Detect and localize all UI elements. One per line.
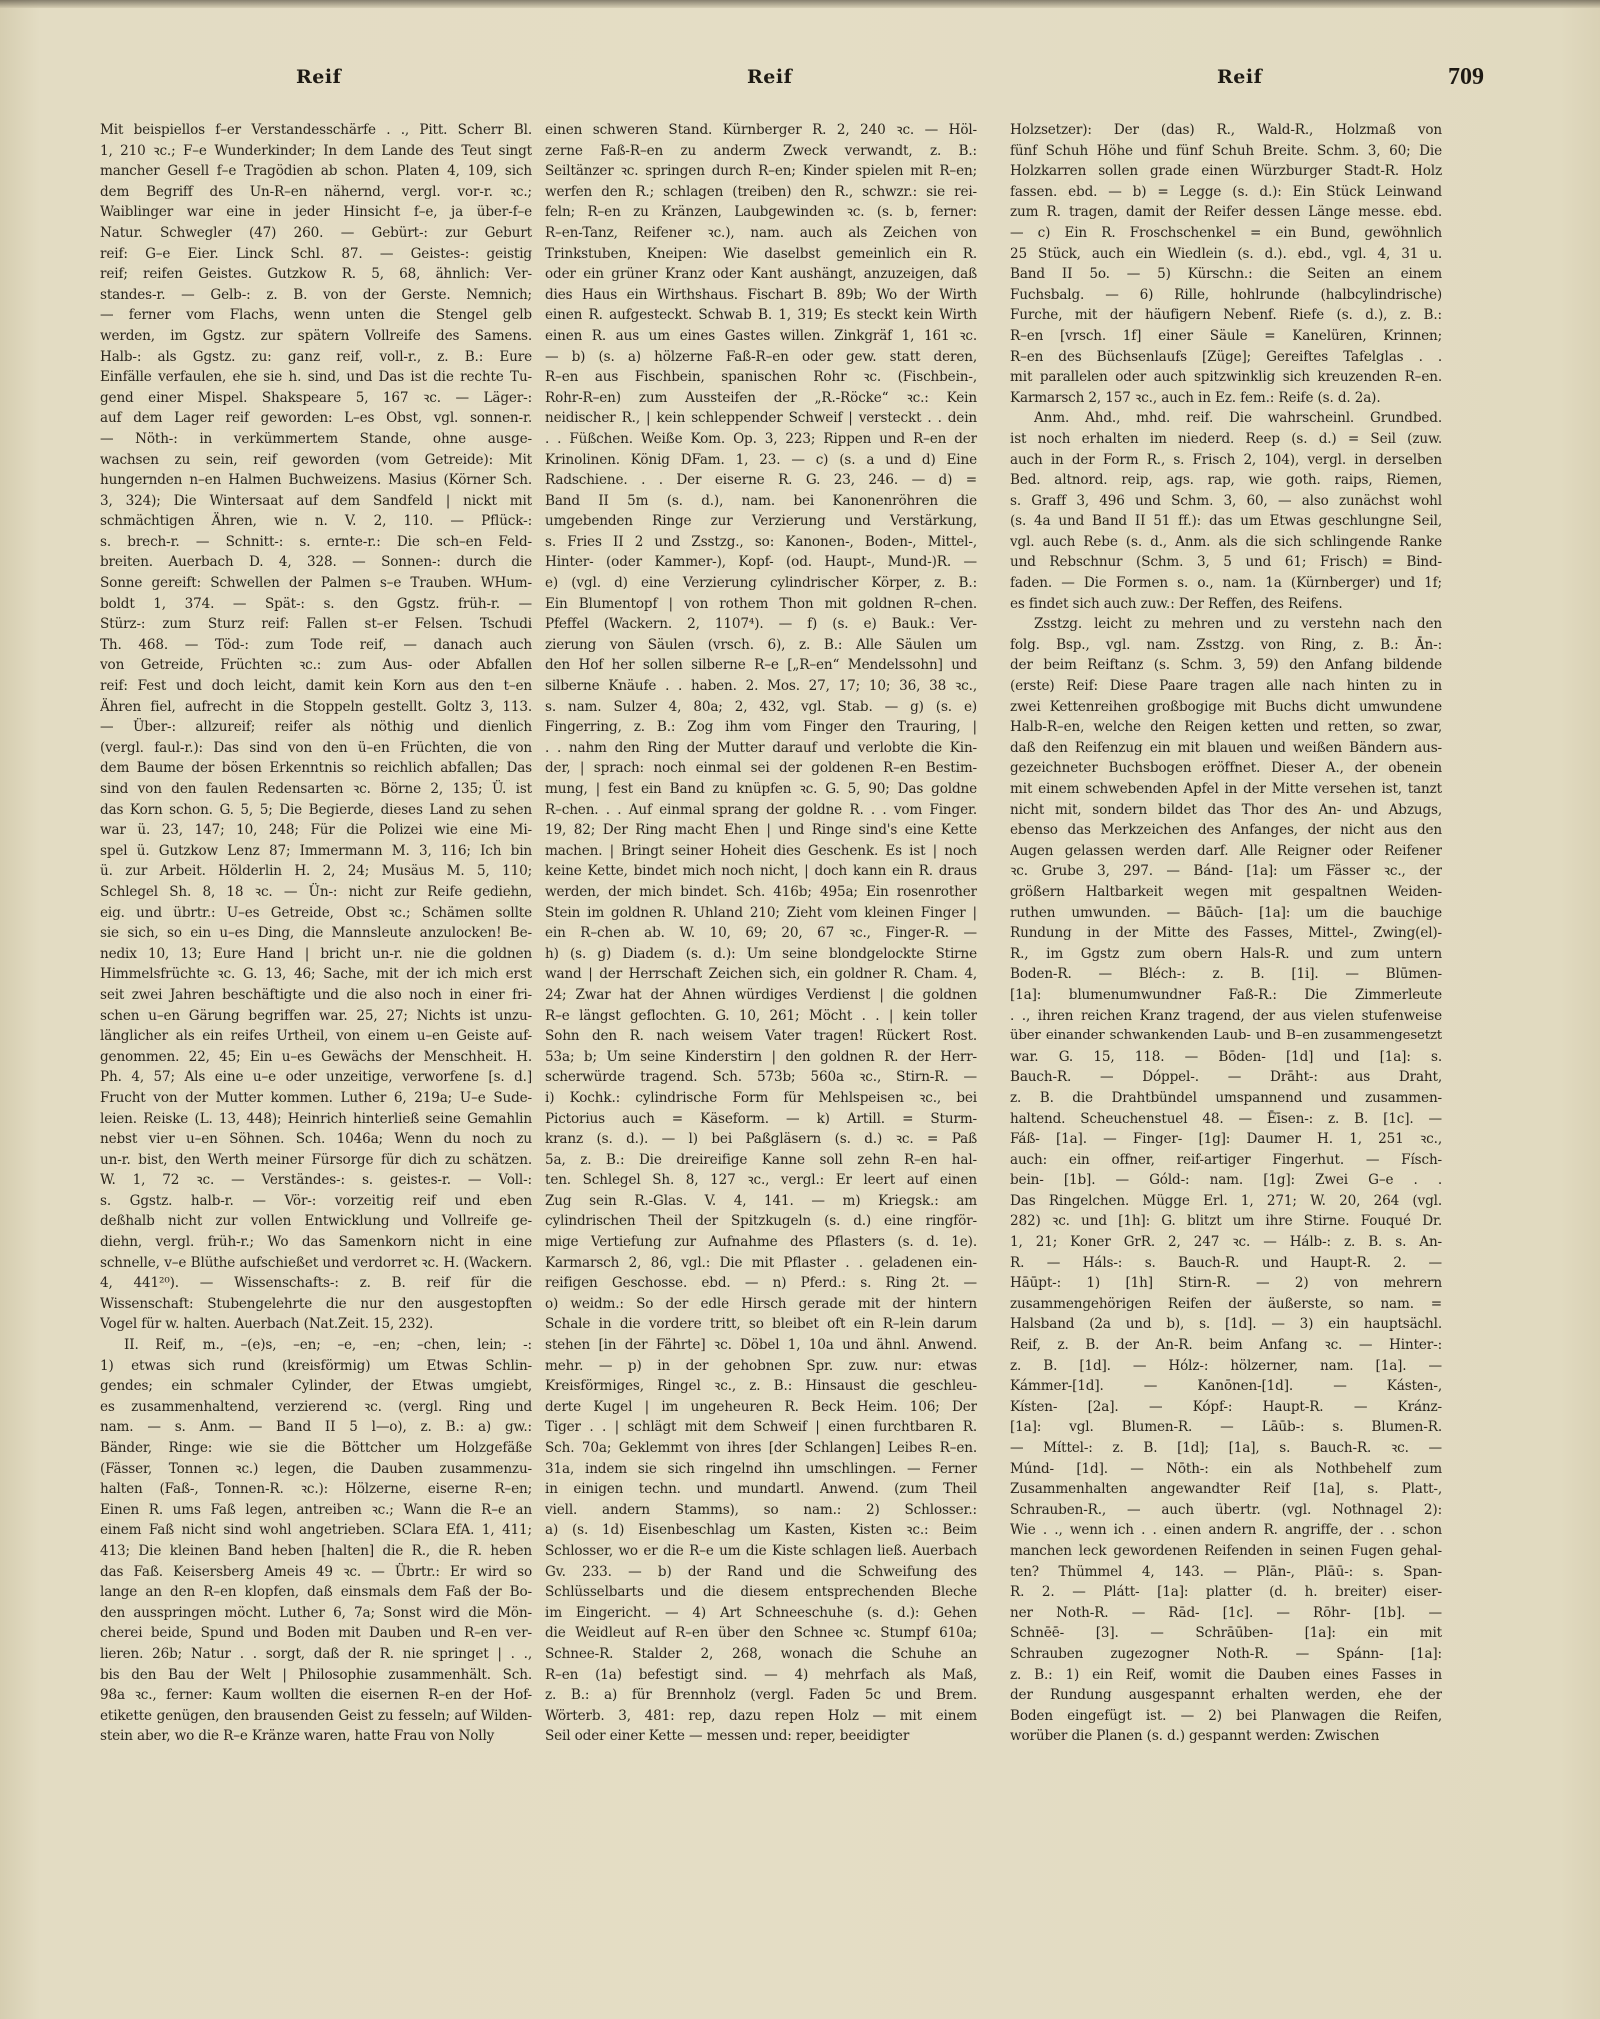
text-line: wachsen zu sein, reif geworden (vom Getr… — [100, 450, 532, 471]
text-line: 1, 210 ꝛc.; F–e Wunderkinder; In dem Lan… — [100, 141, 532, 162]
text-line: scherwürde tragend. Sch. 573b; 560a ꝛc.,… — [545, 1067, 977, 1088]
text-line: boldt 1, 374. — Spät-: s. den Ggstz. frü… — [100, 594, 532, 615]
text-line: Schrauben zugezogner Noth-R. — Spánn- [1… — [1010, 1644, 1442, 1665]
text-line: Wissenschaft: Stubengelehrte die nur den… — [100, 1294, 532, 1315]
text-line: — Über-: allzureif; reifer als nöthig un… — [100, 717, 532, 738]
text-line: Tiger . . | schlägt mit dem Schweif | ei… — [545, 1417, 977, 1438]
text-line: leien. Reiske (L. 13, 448); Heinrich hin… — [100, 1109, 532, 1130]
text-line: z. B.: a) für Brennholz (vergl. Faden 5c… — [545, 1685, 977, 1706]
text-line: standes-r. — Gelb-: z. B. von der Gerste… — [100, 285, 532, 306]
text-line: R., im Ggstz zum obern Hals-R. und zum u… — [1010, 944, 1442, 965]
text-line: Bed. altnord. reip, ags. rap, wie goth. … — [1010, 470, 1442, 491]
text-line: ten. Schlegel Sh. 8, 127 ꝛc., vergl.: Er… — [545, 1170, 977, 1191]
text-line: Vogel für w. halten. Auerbach (Nat.Zeit.… — [100, 1314, 532, 1335]
text-line: Seil oder einer Kette — messen und: repe… — [545, 1726, 977, 1747]
text-line: Zusammenhalten angewandter Reif [1a], s.… — [1010, 1479, 1442, 1500]
text-line: war. G. 15, 118. — Bōden- [1d] und [1a]:… — [1010, 1047, 1442, 1068]
text-line: bein- [1b]. — Góld-: nam. [1g]: Zwei G–e… — [1010, 1170, 1442, 1191]
text-line: z. B. die Drahtbündel umspannend und zus… — [1010, 1088, 1442, 1109]
text-line: schen u–en Gärung begriffen war. 25, 27;… — [100, 1006, 532, 1027]
text-line: vgl. auch Rebe (s. d., Anm. als die sich… — [1010, 532, 1442, 553]
text-line: Gv. 233. — b) der Rand und die Schweifun… — [545, 1562, 977, 1583]
text-line: mung, | fest ein Band zu knüpfen ꝛc. G. … — [545, 779, 977, 800]
text-line: nebst vier u–en Söhnen. Sch. 1046a; Wenn… — [100, 1129, 532, 1150]
text-line: dem Baume der bösen Erkenntnis so reichl… — [100, 758, 532, 779]
text-line: Ph. 4, 57; Als eine u–e oder unzeitige, … — [100, 1067, 532, 1088]
text-line: länglicher als ein reifes Urtheil, von e… — [100, 1026, 532, 1047]
text-line: 53a; b; Um seine Kinderstirn | den goldn… — [545, 1047, 977, 1068]
text-line: es zusammenhaltend, verzierend ꝛc. (verg… — [100, 1397, 532, 1418]
text-line: sie sich, so ein u–es Ding, die Mannsleu… — [100, 923, 532, 944]
text-line: Schlosser, wo er die R–e um die Kiste sc… — [545, 1541, 977, 1562]
text-line: Bänder, Ringe: wie sie die Böttcher um H… — [100, 1438, 532, 1459]
text-line: mehr. — p) in der gehobnen Spr. zuw. nur… — [545, 1356, 977, 1377]
text-line: Halsband (2a und b), s. [1d]. — 3) ein h… — [1010, 1314, 1442, 1335]
text-line: Fingerring, z. B.: Zog ihm vom Finger de… — [545, 717, 977, 738]
text-line: gezeichneter Buchsbogen eröffnet. Dieser… — [1010, 758, 1442, 779]
text-line: Pictorius auch = Käseform. — k) Artill. … — [545, 1109, 977, 1130]
text-line: folg. Bsp., vgl. nam. Zsstzg. von Ring, … — [1010, 635, 1442, 656]
text-line: keine Kette, bindet mich noch nicht, | d… — [545, 861, 977, 882]
text-line: Augen gelassen werden darf. Alle Reigner… — [1010, 841, 1442, 862]
text-line: — Nöth-: in verkümmertem Stande, ohne au… — [100, 429, 532, 450]
text-line: Sohn den R. nach weisem Vater tragen! Rü… — [545, 1026, 977, 1047]
text-line: diehn, vergl. früh-r.; Wo das Samenkorn … — [100, 1232, 532, 1253]
text-line: Holzkarren sollen grade einen Würzburger… — [1010, 161, 1442, 182]
text-line: Schlegel Sh. 8, 18 ꝛc. — Ün-: nicht zur … — [100, 882, 532, 903]
text-line: Sch. 70a; Geklemmt von ihres [der Schlan… — [545, 1438, 977, 1459]
text-line: von Getreide, Früchten ꝛc.: zum Aus- ode… — [100, 655, 532, 676]
text-line: wand | der Herrschaft Zeichen sich, ein … — [545, 964, 977, 985]
text-line: Das Ringelchen. Mügge Erl. 1, 271; W. 20… — [1010, 1191, 1442, 1212]
text-line: derte Kugel | im ungeheuren R. Beck Heim… — [545, 1397, 977, 1418]
text-line: bis den Bau der Welt | Philosophie zusam… — [100, 1665, 532, 1686]
text-line: [1a]: vgl. Blumen-R. — Lāūb-: s. Blumen-… — [1010, 1417, 1442, 1438]
text-line: 282) ꝛc. und [1h]: G. blitzt um ihre Sti… — [1010, 1211, 1442, 1232]
text-line: ner Noth-R. — Rād- [1c]. — Rōhr- [1b]. — — [1010, 1603, 1442, 1624]
text-line: dies Haus ein Wirthshaus. Fischart B. 89… — [545, 285, 977, 306]
text-line: fünf Schuh Höhe und fünf Schuh Breite. S… — [1010, 141, 1442, 162]
text-line: . . Füßchen. Weiße Kom. Op. 3, 223; Ripp… — [545, 429, 977, 450]
text-line: — Míttel-: z. B. [1d]; [1a], s. Bauch-R.… — [1010, 1438, 1442, 1459]
text-line: R–e längst geflochten. G. 10, 261; Möcht… — [545, 1006, 977, 1027]
text-line: Fuchsbalg. — 6) Rille, hohlrunde (halbcy… — [1010, 285, 1442, 306]
text-line: s. Graff 3, 496 und Schm. 3, 60, — also … — [1010, 491, 1442, 512]
text-line: einen R. aus um eines Gastes willen. Zin… — [545, 326, 977, 347]
text-line: ebenso das Merkzeichen des Anfanges, der… — [1010, 820, 1442, 841]
text-line: — ferner vom Flachs, wenn unten die Sten… — [100, 305, 532, 326]
text-line: haltend. Scheuchenstuel 48. — Ēīsen-: z.… — [1010, 1109, 1442, 1130]
text-line: Karmarsch 2, 86, vgl.: Die mit Pflaster … — [545, 1253, 977, 1274]
text-line: — c) Ein R. Froschschenkel = ein Bund, g… — [1010, 223, 1442, 244]
text-line: Krinolinen. König DFam. 1, 23. — c) (s. … — [545, 450, 977, 471]
text-line: zierung von Säulen (vrsch. 6), z. B.: Al… — [545, 635, 977, 656]
text-line: etikette genügen, den brausenden Geist z… — [100, 1706, 532, 1727]
dictionary-page: Reif Reif Reif 709 Mit beispiellos f–er … — [0, 0, 1600, 2019]
text-line: R–en (1a) befestigt sind. — 4) mehrfach … — [545, 1665, 977, 1686]
text-line: i) Kochk.: cylindrische Form für Mehlspe… — [545, 1088, 977, 1109]
running-head-left: Reif — [296, 66, 341, 88]
text-line: seit zwei Jahren beschäftigte und die al… — [100, 985, 532, 1006]
text-line: Zsstzg. leicht zu mehren und zu verstehn… — [1010, 614, 1442, 635]
text-line: Natur. Schwegler (47) 260. — Gebürt-: zu… — [100, 223, 532, 244]
text-line: R. 2. — Plátt- [1a]: platter (d. h. brei… — [1010, 1582, 1442, 1603]
text-line: Halb-R–en, welche den Reigen ketten und … — [1010, 717, 1442, 738]
text-line: cherei beide, Spund und Boden mit Dauben… — [100, 1623, 532, 1644]
text-line: Mit beispiellos f–er Verstandesschärfe .… — [100, 120, 532, 141]
text-line: ꝛc. Grube 3, 297. — Bánd- [1a]: um Fässe… — [1010, 861, 1442, 882]
text-line: 5a, z. B.: Die dreireifige Kanne soll ze… — [545, 1150, 977, 1171]
running-head-right: Reif — [1217, 66, 1262, 88]
text-line: 3, 324); Die Wintersaat auf dem Sandfeld… — [100, 491, 532, 512]
text-line: sind von den faulen Redensarten ꝛc. Börn… — [100, 779, 532, 800]
text-line: Boden-R. — Bléch-: z. B. [1i]. — Blūmen- — [1010, 964, 1442, 985]
text-line: und Rebschnur (Schm. 3, 5 und 61; Frisch… — [1010, 552, 1442, 573]
text-line: stehen [in der Fährte] ꝛc. Döbel 1, 10a … — [545, 1335, 977, 1356]
text-line: Pfeffel (Wackern. 2, 1107⁴). — f) (s. e)… — [545, 614, 977, 635]
text-line: der beim Reiftanz (s. Schm. 3, 59) den A… — [1010, 655, 1442, 676]
column-2: einen schweren Stand. Kürnberger R. 2, 2… — [545, 120, 977, 1747]
text-line: Boden eingefügt ist. — 2) bei Planwagen … — [1010, 1706, 1442, 1727]
text-line: 1, 21; Koner GrR. 2, 247 ꝛc. — Hálb-: z.… — [1010, 1232, 1442, 1253]
text-line: machen. | Bringt seiner Hoheit dies Gesc… — [545, 841, 977, 862]
text-line: Stürz-: zum Sturz reif: Fallen st–er Fel… — [100, 614, 532, 635]
text-line: Radschiene. . . Der eiserne R. G. 23, 24… — [545, 470, 977, 491]
text-line: Frucht von der Mutter kommen. Luther 6, … — [100, 1088, 532, 1109]
text-line: ist noch erhalten im niederd. Reep (s. d… — [1010, 429, 1442, 450]
text-line: mige Vertiefung zur Aufnahme des Pflaste… — [545, 1232, 977, 1253]
text-line: auch in der Form R., s. Frisch 2, 104), … — [1010, 450, 1442, 471]
text-line: h) (s. g) Diadem (s. d.): Um seine blond… — [545, 944, 977, 965]
text-line: 413; Die kleinen Band heben [halten] die… — [100, 1541, 532, 1562]
text-line: reif: Fest und doch leicht, damit kein K… — [100, 676, 532, 697]
text-line: Wörterb. 3, 481: rep, dazu repen Holz — … — [545, 1706, 977, 1727]
text-line: s. brech-r. — Schnitt-: s. ernte-r.: Die… — [100, 532, 532, 553]
text-line: den Hof her sollen silberne R–e [„R–en“ … — [545, 655, 977, 676]
text-line: umgebenden Ringe zur Verzierung und Vers… — [545, 511, 977, 532]
text-line: un-r. bist, den Werth meiner Fürsorge fü… — [100, 1150, 532, 1171]
text-line: Holzsetzer): Der (das) R., Wald-R., Holz… — [1010, 120, 1442, 141]
text-line: R. — Háls-: s. Bauch-R. und Haupt-R. 2. … — [1010, 1253, 1442, 1274]
text-line: das Korn schon. G. 5, 5; Die Begierde, d… — [100, 800, 532, 821]
text-line: — b) (s. a) hölzerne Faß-R–en oder gew. … — [545, 347, 977, 368]
text-line: kranz (s. d.). — l) bei Paßgläsern (s. d… — [545, 1129, 977, 1150]
text-line: feln; R–en zu Kränzen, Laubgewinden ꝛc. … — [545, 202, 977, 223]
text-line: reifigen Geschosse. ebd. — n) Pferd.: s.… — [545, 1273, 977, 1294]
text-line: R–en aus Fischbein, spanischen Rohr ꝛc. … — [545, 367, 977, 388]
text-line: Band II 5m (s. d.), nam. bei Kanonenröhr… — [545, 491, 977, 512]
text-line: 24; Zwar hat der Ahnen würdiges Verdiens… — [545, 985, 977, 1006]
text-line: faden. — Die Formen s. o., nam. 1a (Kürn… — [1010, 573, 1442, 594]
text-line: a) (s. 1d) Eisenbeschlag um Kasten, Kist… — [545, 1520, 977, 1541]
text-line: lieren. 26b; Natur . . sorgt, daß der R.… — [100, 1644, 532, 1665]
text-line: mancher Gesell f–e Tragödien ab schon. P… — [100, 161, 532, 182]
text-line: Halb-: als Ggstz. zu: ganz reif, voll-r.… — [100, 347, 532, 368]
text-line: . . nahm den Ring der Mutter darauf und … — [545, 738, 977, 759]
text-line: werden, der mich bindet. Sch. 416b; 495a… — [545, 882, 977, 903]
text-line: Waiblinger war eine in jeder Hinsicht f–… — [100, 202, 532, 223]
text-line: in einigen techn. und mundartl. Anwend. … — [545, 1479, 977, 1500]
text-line: Einfälle verfaulen, ehe sie h. sind, und… — [100, 367, 532, 388]
text-line: Rohr-R–en) zum Aussteifen der „R.-Röcke“… — [545, 388, 977, 409]
text-line: II. Reif, m., –(e)s, –en; –e, –en; –chen… — [100, 1335, 532, 1356]
text-line: gend einer Mispel. Shakspeare 5, 167 ꝛc.… — [100, 388, 532, 409]
text-line: daß den Reifenzug ein mit blauen und wei… — [1010, 738, 1442, 759]
text-line: cylindrischen Theil der Spitzkugeln (s. … — [545, 1211, 977, 1232]
text-line: schnelle, v–e Blüthe aufschießet und ver… — [100, 1253, 532, 1274]
text-line: es findet sich auch zuw.: Der Reffen, de… — [1010, 594, 1442, 615]
text-line: Schale in die vordere tritt, so bleibet … — [545, 1314, 977, 1335]
text-line: auf dem Lager reif geworden: L–es Obst, … — [100, 408, 532, 429]
text-line: oder ein grüner Kranz oder Kant aushängt… — [545, 264, 977, 285]
text-line: Kámmer-[1d]. — Kanōnen-[1d]. — Kásten-, — [1010, 1376, 1442, 1397]
text-line: Trinkstuben, Kneipen: Wie daselbst gemei… — [545, 244, 977, 265]
text-line: Kísten- [2a]. — Kópf-: Haupt-R. — Kránz- — [1010, 1397, 1442, 1418]
text-line: R–en des Büchsenlaufs [Züge]; Gereiftes … — [1010, 347, 1442, 368]
text-line: stein aber, wo die R–e Kränze waren, hat… — [100, 1726, 532, 1747]
text-line: silberne Knäufe . . haben. 2. Mos. 27, 1… — [545, 676, 977, 697]
text-line: (s. 4a und Band II 51 ff.): das um Etwas… — [1010, 511, 1442, 532]
text-line: Hāūpt-: 1) [1h] Stirn-R. — 2) von mehrer… — [1010, 1273, 1442, 1294]
text-line: gendes; ein schmaler Cylinder, der Etwas… — [100, 1376, 532, 1397]
text-line: 25 Stück, auch ein Wiedlein (s. d.). ebd… — [1010, 244, 1442, 265]
text-line: der, | sprach: noch einmal sei der golde… — [545, 758, 977, 779]
text-line: R–chen. . . Auf einmal sprang der goldne… — [545, 800, 977, 821]
text-line: größern Haltbarkeit wegen mit gespaltnen… — [1010, 882, 1442, 903]
text-line: z. B.: 1) ein Reif, womit die Dauben ein… — [1010, 1665, 1442, 1686]
text-line: 98a ꝛc., ferner: Kaum wollten die eisern… — [100, 1685, 532, 1706]
text-line: Karmarsch 2, 157 ꝛc., auch in Ez. fem.: … — [1010, 388, 1442, 409]
text-line: s. nam. Sulzer 4, 80a; 2, 432, vgl. Stab… — [545, 697, 977, 718]
text-line: worüber die Planen (s. d.) gespannt werd… — [1010, 1726, 1442, 1747]
text-line: o) weidm.: So der edle Hirsch gerade mit… — [545, 1294, 977, 1315]
text-line: Múnd- [1d]. — Nōth-: ein als Nothbehelf … — [1010, 1459, 1442, 1480]
text-line: Sonne gereift: Schwellen der Palmen s–e … — [100, 573, 532, 594]
text-line: mit parallelen oder auch spitzwinklig si… — [1010, 367, 1442, 388]
text-line: 31a, indem sie sich ringelnd ihn umschli… — [545, 1459, 977, 1480]
text-line: eig. und übrtr.: U–es Getreide, Obst ꝛc.… — [100, 903, 532, 924]
text-line: [1a]: blumenumwundner Faß-R.: Die Zimmer… — [1010, 985, 1442, 1006]
text-line: Bauch-R. — Dóppel-. — Drāht-: aus Draht, — [1010, 1067, 1442, 1088]
text-line: Zug sein R.-Glas. V. 4, 141. — m) Kriegs… — [545, 1191, 977, 1212]
text-line: spel ü. Gutzkow Lenz 87; Immermann M. 3,… — [100, 841, 532, 862]
column-3: Holzsetzer): Der (das) R., Wald-R., Holz… — [1010, 120, 1442, 1747]
text-line: 19, 82; Der Ring macht Ehen | und Ringe … — [545, 820, 977, 841]
text-line: nam. — s. Anm. — Band II 5 l—o), z. B.: … — [100, 1417, 532, 1438]
text-line: schmächtigen Ähren, wie n. V. 2, 110. — … — [100, 511, 532, 532]
text-line: Hinter- (oder Kammer-), Kopf- (od. Haupt… — [545, 552, 977, 573]
text-line: Schnēē- [3]. — Schrāūben- [1a]: ein mit — [1010, 1623, 1442, 1644]
text-line: W. 1, 72 ꝛc. — Verständes-: s. geistes-r… — [100, 1170, 532, 1191]
column-1: Mit beispiellos f–er Verstandesschärfe .… — [100, 120, 532, 1747]
text-line: Schnee-R. Stalder 2, 268, wonach die Sch… — [545, 1644, 977, 1665]
text-line: breiten. Auerbach D. 4, 328. — Sonnen-: … — [100, 552, 532, 573]
text-line: e) (vgl. d) eine Verzierung cylindrische… — [545, 573, 977, 594]
text-line: das Faß. Keisersberg Ameis 49 ꝛc. — Übrt… — [100, 1562, 532, 1583]
text-line: reif: G–e Eier. Linck Schl. 87. — Geiste… — [100, 244, 532, 265]
text-line: Einen R. ums Faß legen, antreiben ꝛc.; W… — [100, 1500, 532, 1521]
text-line: ten? Thümmel 4, 143. — Plān-, Plāū-: s. … — [1010, 1562, 1442, 1583]
text-line: s. Ggstz. halb-r. — Vör-: vorzeitig reif… — [100, 1191, 532, 1212]
text-line: zwei Kettenreihen großbogige mit Buchs d… — [1010, 697, 1442, 718]
text-line: Band II 5o. — 5) Kürschn.: die Seiten an… — [1010, 264, 1442, 285]
text-line: Reif, z. B. der An-R. beim Anfang ꝛc. — … — [1010, 1335, 1442, 1356]
text-line: Wie . ., wenn ich . . einen andern R. an… — [1010, 1520, 1442, 1541]
text-line: einen R. aufgesteckt. Schwab B. 1, 319; … — [545, 305, 977, 326]
text-line: R–en [vrsch. 1f] einer Säule = Kanelüren… — [1010, 326, 1442, 347]
text-line: Fáß- [1a]. — Finger- [1g]: Daumer H. 1, … — [1010, 1129, 1442, 1150]
text-line: den ausspringen möcht. Luther 6, 7a; Son… — [100, 1603, 532, 1624]
running-head-center: Reif — [747, 66, 792, 88]
text-line: Ähren fiel, aufrecht in die Stoppeln ges… — [100, 697, 532, 718]
text-line: z. B. [1d]. — Hólz-: hölzerner, nam. [1a… — [1010, 1356, 1442, 1377]
text-line: ü. zur Arbeit. Hölderlin H. 2, 24; Musäu… — [100, 861, 532, 882]
text-line: R–en-Tanz, Reifener ꝛc.), nam. auch als … — [545, 223, 977, 244]
text-line: Himmelsfrüchte ꝛc. G. 13, 46; Sache, mit… — [100, 964, 532, 985]
text-line: Schrauben-R., — auch übertr. (vgl. Nothn… — [1010, 1500, 1442, 1521]
text-line: auch: ein offner, reif-artiger Fingerhut… — [1010, 1150, 1442, 1171]
text-line: war ü. 23, 147; 10, 248; Für die Polizei… — [100, 820, 532, 841]
text-line: über einander schwankenden Laub- und B–e… — [1010, 1026, 1442, 1047]
text-line: die Weidleut auf R–en über den Schnee ꝛc… — [545, 1623, 977, 1644]
text-line: zum R. tragen, damit der Reifer dessen L… — [1010, 202, 1442, 223]
text-line: viell. andern Stamms), so nam.: 2) Schlo… — [545, 1500, 977, 1521]
text-line: nicht mit, sondern bildet das Thor des A… — [1010, 800, 1442, 821]
text-line: mit einem schwebenden Apfel in der Mitte… — [1010, 779, 1442, 800]
text-line: Furche, mit der häufigern Nebenf. Riefe … — [1010, 305, 1442, 326]
text-line: der Rundung ausgespannt erhalten werden,… — [1010, 1685, 1442, 1706]
text-line: genommen. 22, 45; Ein u–es Gewächs der M… — [100, 1047, 532, 1068]
text-line: (vergl. faul-r.): Das sind von den ü–en … — [100, 738, 532, 759]
text-line: nedix 10, 13; Eure Hand | bricht un-r. n… — [100, 944, 532, 965]
text-line: einem Faß nicht sind wohl angetrieben. S… — [100, 1520, 532, 1541]
text-line: Ein Blumentopf | von rothem Thon mit gol… — [545, 594, 977, 615]
text-line: Anm. Ahd., mhd. reif. Die wahrscheinl. G… — [1010, 408, 1442, 429]
text-line: im Eingericht. — 4) Art Schneeschuhe (s.… — [545, 1603, 977, 1624]
page-top-shadow — [0, 0, 1600, 8]
text-line: werden, im Ggstz. zur spätern Vollreife … — [100, 326, 532, 347]
text-line: fassen. ebd. — b) = Legge (s. d.): Ein S… — [1010, 182, 1442, 203]
text-line: (erste) Reif: Diese Paare tragen alle na… — [1010, 676, 1442, 697]
text-line: Rundung in der Mitte des Fasses, Mittel-… — [1010, 923, 1442, 944]
text-line: 1) etwas sich rund (kreisförmig) um Etwa… — [100, 1356, 532, 1377]
text-line: Stein im goldnen R. Uhland 210; Zieht vo… — [545, 903, 977, 924]
text-line: s. Fries II 2 und Zsstzg., so: Kanonen-,… — [545, 532, 977, 553]
text-line: werfen den R.; schlagen (treiben) den R.… — [545, 182, 977, 203]
text-line: halten (Faß-, Tonnen-R. ꝛc.): Hölzerne, … — [100, 1479, 532, 1500]
text-line: Kreisförmiges, Ringel ꝛc., z. B.: Hinsau… — [545, 1376, 977, 1397]
text-line: Schlüsselbarts und die diesem entspreche… — [545, 1582, 977, 1603]
text-line: manchen leck gewordenen Reifenden in sei… — [1010, 1541, 1442, 1562]
text-line: Seiltänzer ꝛc. springen durch R–en; Kind… — [545, 161, 977, 182]
text-line: . ., ihren reichen Kranz tragend, der au… — [1010, 1006, 1442, 1027]
text-line: Th. 468. — Töd-: zum Tode reif, — danach… — [100, 635, 532, 656]
text-line: ruthen umwunden. — Bāūch- [1a]: um die b… — [1010, 903, 1442, 924]
page-number: 709 — [1448, 64, 1484, 91]
text-line: lange an den R–en klopfen, daß einsmals … — [100, 1582, 532, 1603]
text-line: 4, 441²⁰). — Wissenschafts-: z. B. reif … — [100, 1273, 532, 1294]
text-line: deßhalb nicht zur vollen Entwicklung und… — [100, 1211, 532, 1232]
text-line: neidischer R., | kein schleppender Schwe… — [545, 408, 977, 429]
text-line: zerne Faß-R–en zu anderm Zweck verwandt,… — [545, 141, 977, 162]
text-line: dem Begriff des Un-R–en nähernd, vergl. … — [100, 182, 532, 203]
text-line: (Fässer, Tonnen ꝛc.) legen, die Dauben z… — [100, 1459, 532, 1480]
text-line: ein R–chen ab. W. 10, 69; 20, 67 ꝛc., Fi… — [545, 923, 977, 944]
text-line: reif; reifen Geistes. Gutzkow R. 5, 68, … — [100, 264, 532, 285]
text-line: einen schweren Stand. Kürnberger R. 2, 2… — [545, 120, 977, 141]
text-line: zusammengehörigen Reifen der äußerste, s… — [1010, 1294, 1442, 1315]
text-line: hungernden n–en Halmen Buchweizens. Masi… — [100, 470, 532, 491]
